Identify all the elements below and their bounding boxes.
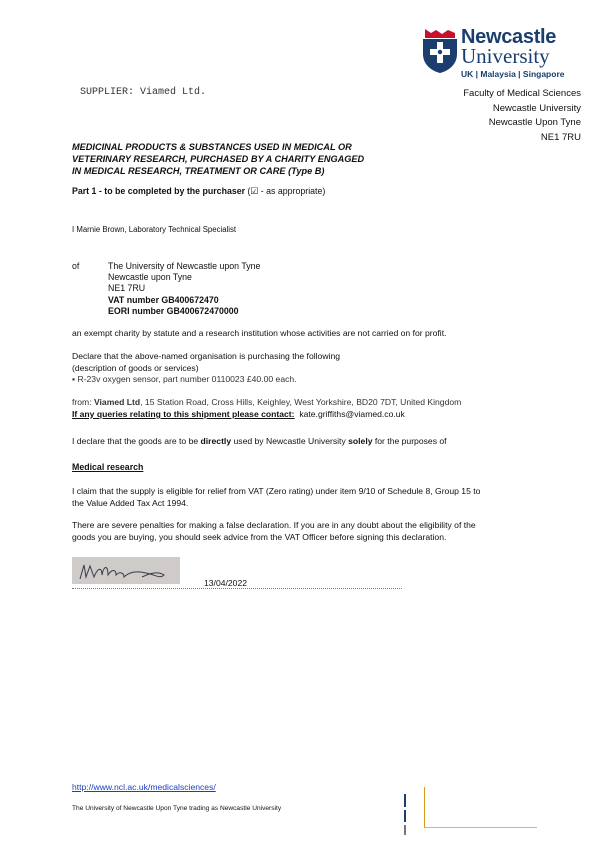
logo-tagline: UK | Malaysia | Singapore bbox=[461, 69, 564, 79]
title-line: VETERINARY RESEARCH, PURCHASED BY A CHAR… bbox=[72, 153, 364, 165]
footer-bar-divider bbox=[404, 794, 406, 807]
vat-number: VAT number GB400672470 bbox=[108, 295, 260, 306]
address-line: Newcastle University bbox=[463, 102, 581, 117]
eori-number: EORI number GB400672470000 bbox=[108, 306, 260, 317]
logo-university: University bbox=[461, 45, 550, 67]
signature-image bbox=[72, 557, 180, 584]
address-line: NE1 7RU bbox=[463, 131, 581, 146]
org-line: NE1 7RU bbox=[108, 283, 260, 294]
goods-item-text: R-23v oxygen sensor, part number 0110023… bbox=[77, 374, 296, 384]
contact-label: If any queries relating to this shipment… bbox=[72, 409, 295, 419]
usage-text: I declare that the goods are to be bbox=[72, 436, 201, 446]
title-line: IN MEDICAL RESEARCH, TREATMENT OR CARE (… bbox=[72, 165, 364, 177]
declare-block: Declare that the above-named organisatio… bbox=[72, 351, 340, 386]
claim-statement: I claim that the supply is eligible for … bbox=[72, 486, 480, 509]
part1-bold: Part 1 - to be completed by the purchase… bbox=[72, 186, 245, 196]
penalty-statement: There are severe penalties for making a … bbox=[72, 520, 476, 543]
faculty-url-link[interactable]: http://www.ncl.ac.uk/medicalsciences/ bbox=[72, 782, 216, 792]
contact-email[interactable]: kate.griffiths@viamed.co.uk bbox=[299, 409, 405, 419]
from-company: Viamed Ltd bbox=[94, 397, 140, 407]
from-address: , 15 Station Road, Cross Hills, Keighley… bbox=[140, 397, 461, 407]
signature-scribble-icon bbox=[72, 557, 180, 584]
faculty-address: Faculty of Medical Sciences Newcastle Un… bbox=[463, 87, 581, 145]
crest-icon bbox=[422, 26, 458, 74]
supplier-label: SUPPLIER: Viamed Ltd. bbox=[80, 87, 206, 98]
footer-bar-divider bbox=[404, 810, 406, 822]
purpose: Medical research bbox=[72, 462, 143, 472]
from-line: from: Viamed Ltd, 15 Station Road, Cross… bbox=[72, 397, 461, 409]
part1-heading: Part 1 - to be completed by the purchase… bbox=[72, 186, 325, 197]
declare-line: (description of goods or services) bbox=[72, 363, 340, 375]
org-line: Newcastle upon Tyne bbox=[108, 272, 260, 283]
declare-line: Declare that the above-named organisatio… bbox=[72, 351, 340, 363]
signature-date: 13/04/2022 bbox=[204, 578, 247, 588]
charity-statement: an exempt charity by statute and a resea… bbox=[72, 328, 447, 340]
footer-gold-frame bbox=[424, 787, 537, 828]
declarant-name: I Marnie Brown, Laboratory Technical Spe… bbox=[72, 225, 236, 234]
from-label: from: bbox=[72, 397, 94, 407]
claim-line: the Value Added Tax Act 1994. bbox=[72, 498, 480, 510]
penalty-line: There are severe penalties for making a … bbox=[72, 520, 476, 532]
penalty-line: goods you are buying, you should seek ad… bbox=[72, 532, 476, 544]
usage-text: for the purposes of bbox=[373, 436, 447, 446]
of-label: of bbox=[72, 261, 79, 271]
address-line: Faculty of Medical Sciences bbox=[463, 87, 581, 102]
organisation-block: The University of Newcastle upon Tyne Ne… bbox=[108, 261, 260, 317]
usage-declaration: I declare that the goods are to be direc… bbox=[72, 436, 447, 448]
goods-item: ▪ R-23v oxygen sensor, part number 01100… bbox=[72, 374, 340, 386]
footer-bar-divider bbox=[404, 825, 406, 835]
usage-directly: directly bbox=[201, 436, 232, 446]
claim-line: I claim that the supply is eligible for … bbox=[72, 486, 480, 498]
part1-note: (☑ - as appropriate) bbox=[245, 186, 325, 196]
usage-solely: solely bbox=[348, 436, 372, 446]
title-line: MEDICINAL PRODUCTS & SUBSTANCES USED IN … bbox=[72, 141, 364, 153]
university-logo: Newcastle University UK | Malaysia | Sin… bbox=[422, 26, 592, 82]
document-title: MEDICINAL PRODUCTS & SUBSTANCES USED IN … bbox=[72, 141, 364, 177]
usage-text: used by Newcastle University bbox=[231, 436, 348, 446]
contact-line: If any queries relating to this shipment… bbox=[72, 409, 405, 421]
legal-footer: The University of Newcastle Upon Tyne tr… bbox=[72, 805, 281, 812]
signature-line bbox=[72, 588, 402, 589]
org-line: The University of Newcastle upon Tyne bbox=[108, 261, 260, 272]
address-line: Newcastle Upon Tyne bbox=[463, 116, 581, 131]
